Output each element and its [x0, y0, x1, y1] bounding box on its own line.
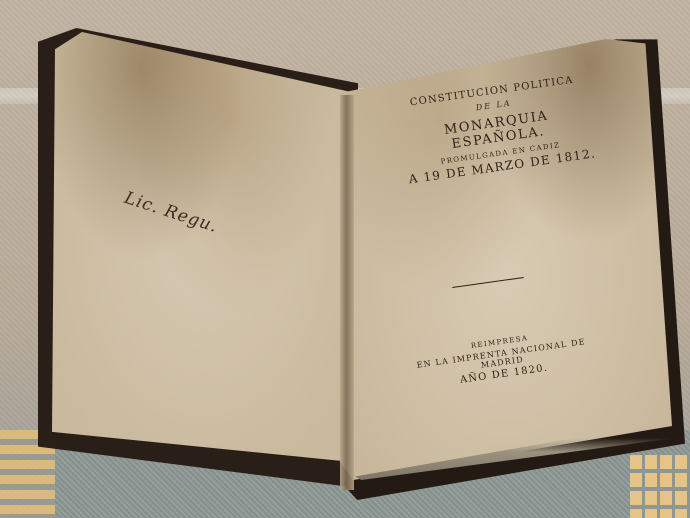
- light-reflection-right: [630, 455, 690, 518]
- book-page-left: [52, 32, 352, 462]
- book-gutter: [340, 95, 354, 490]
